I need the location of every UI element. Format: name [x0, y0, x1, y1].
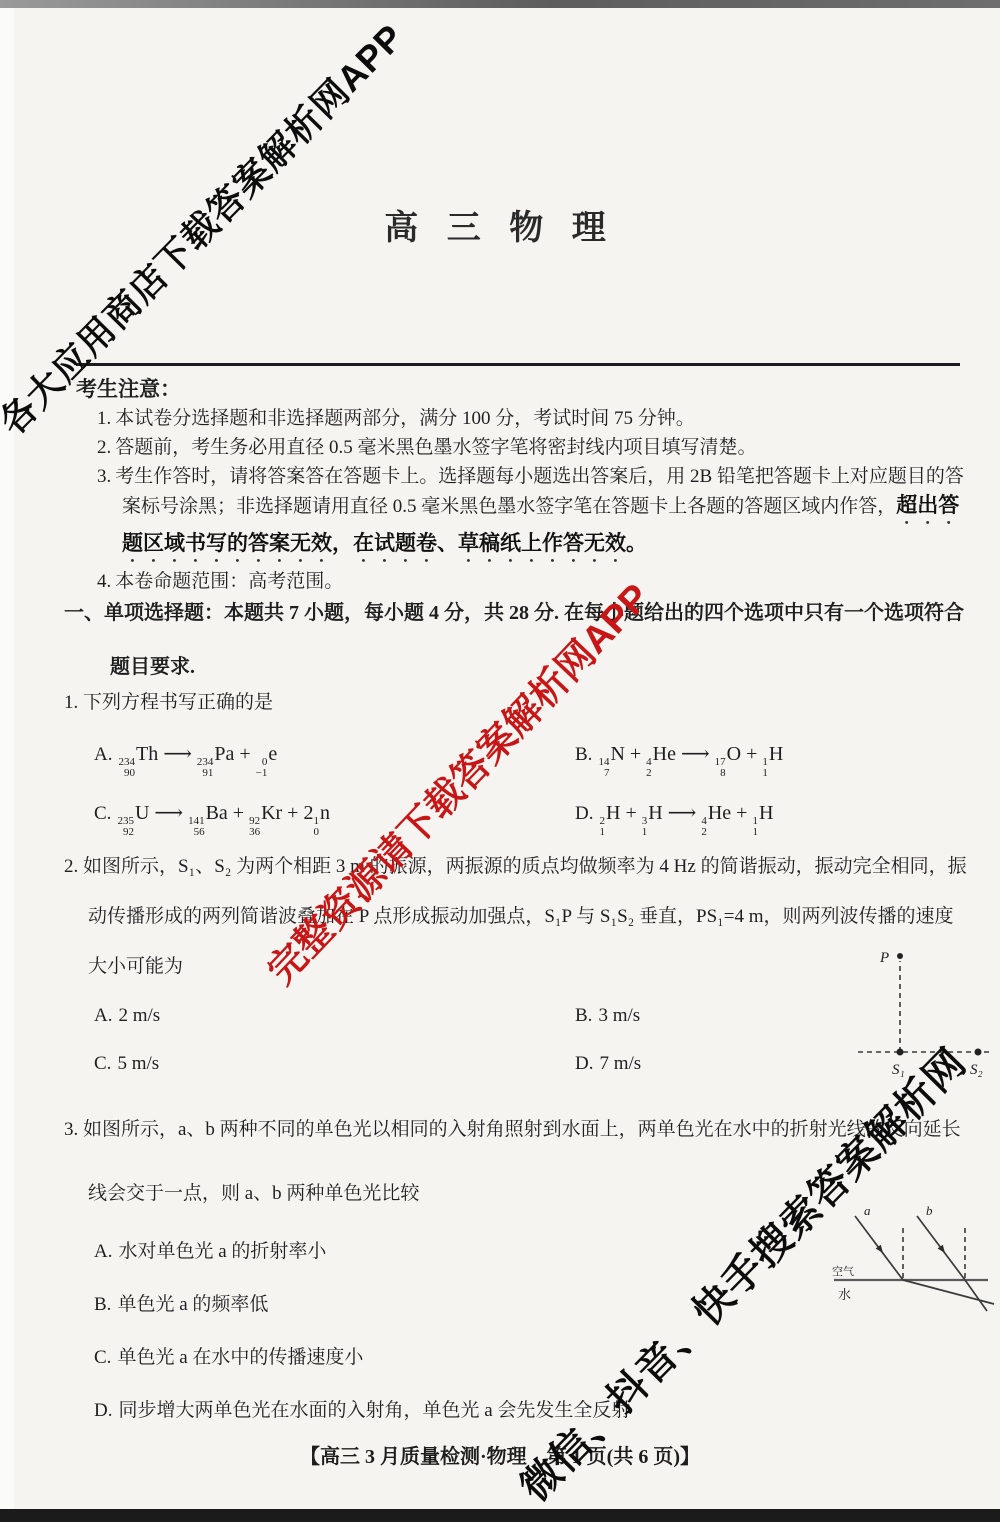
- nuclear-equation-a: 23490Th ⟶ 23491Pa + 0−1e: [118, 743, 277, 765]
- nuclear-equation-d: 21H + 31H ⟶ 42He + 11H: [599, 802, 773, 824]
- nuclear-equation-c: 23592U ⟶ 14156Ba + 9236Kr + 210n: [117, 802, 330, 824]
- option-label: C.: [94, 803, 111, 824]
- section-header: 一、单项选择题：本题共 7 小题，每小题 4 分，共 28 分. 在每小题给出的…: [64, 586, 976, 694]
- option-label: A.: [94, 744, 112, 765]
- refracted-ray-b: [965, 1280, 987, 1311]
- option-label: C.: [94, 1053, 111, 1074]
- notice-item-number: 2.: [97, 437, 111, 458]
- option-text: 单色光 a 的频率低: [117, 1294, 268, 1315]
- scan-edge-top: [0, 0, 1000, 8]
- label-water: 水: [838, 1287, 851, 1302]
- q1-option-b: B.147N + 42He ⟶ 178O + 11H: [575, 742, 964, 779]
- option-label: D.: [575, 1053, 593, 1074]
- q1-option-c: C.23592U ⟶ 14156Ba + 9236Kr + 210n: [94, 801, 575, 838]
- option-text: 水对单色光 a 的折射率小: [118, 1241, 326, 1262]
- label-air: 空气: [832, 1264, 854, 1278]
- option-text: 5 m/s: [117, 1053, 159, 1074]
- page-title: 高 三 物 理: [0, 200, 1000, 249]
- option-text: 单色光 a 在水中的传播速度小: [117, 1347, 363, 1368]
- option-label: B.: [575, 744, 592, 765]
- nuclear-equation-b: 147N + 42He ⟶ 178O + 11H: [598, 743, 783, 765]
- q3-option-d: D.同步增大两单色光在水面的入射角，单色光 a 会先发生全反射: [94, 1399, 964, 1423]
- notice-item-3: 3.考生作答时，请将答案答在答题卡上。选择题每小题选出答案后，用 2B 铅笔把答…: [76, 462, 966, 567]
- notice-item-number: 1.: [97, 408, 111, 429]
- exam-page-scan: 高 三 物 理 考生注意： 1.本试卷分选择题和非选择题两部分，满分 100 分…: [0, 0, 1000, 1522]
- q3-figure-refraction: a b 空气 水: [828, 1203, 1000, 1321]
- label-ray-a: a: [864, 1203, 871, 1218]
- question-number: 2.: [64, 856, 78, 877]
- label-ray-b: b: [926, 1203, 933, 1218]
- option-label: B.: [575, 1005, 592, 1026]
- q2-option-a: A.2 m/s: [94, 1004, 575, 1028]
- option-label: A.: [94, 1005, 112, 1026]
- question-number: 3.: [64, 1119, 78, 1140]
- notice-item-2: 2.答题前，考生务必用直径 0.5 毫米黑色墨水签字笔将密封线内项目填写清楚。: [76, 433, 966, 462]
- source-s1-dot: [897, 1049, 904, 1056]
- option-label: D.: [575, 803, 593, 824]
- notice-heading: 考生注意：: [76, 374, 966, 404]
- header-divider: [76, 363, 960, 366]
- label-p: P: [879, 950, 889, 966]
- point-p-dot: [897, 953, 903, 959]
- question-stem-text: 如图所示，S₁、S₂ 为两个相距 3 m 的振源，两振源的质点均做频率为 4 H…: [83, 856, 967, 977]
- option-text: 7 m/s: [599, 1053, 641, 1074]
- question-2: 2. 如图所示，S₁、S₂ 为两个相距 3 m 的振源，两振源的质点均做频率为 …: [64, 842, 964, 1076]
- notice-section: 考生注意： 1.本试卷分选择题和非选择题两部分，满分 100 分，考试时间 75…: [76, 374, 966, 596]
- q3-figure-svg: a b 空气 水: [828, 1203, 1000, 1321]
- option-label: D.: [94, 1400, 112, 1421]
- question-2-stem: 2. 如图所示，S₁、S₂ 为两个相距 3 m 的振源，两振源的质点均做频率为 …: [64, 842, 968, 992]
- notice-item-number: 3.: [97, 466, 111, 487]
- scan-edge-bottom: [0, 1509, 1000, 1522]
- option-label: C.: [94, 1347, 111, 1368]
- page-footer: 【高三 3 月质量检测·物理 第 1 页(共 6 页)】: [0, 1440, 1000, 1469]
- option-text: 同步增大两单色光在水面的入射角，单色光 a 会先发生全反射: [118, 1400, 630, 1421]
- q3-option-c: C.单色光 a 在水中的传播速度小: [94, 1346, 964, 1370]
- notice-item-text: 答题前，考生务必用直径 0.5 毫米黑色墨水签字笔将密封线内项目填写清楚。: [115, 437, 756, 458]
- q1-option-d: D.21H + 31H ⟶ 42He + 11H: [575, 801, 964, 838]
- q2-option-c: C.5 m/s: [94, 1052, 575, 1076]
- question-number: 1.: [64, 692, 78, 713]
- notice-item-text: 本试卷分选择题和非选择题两部分，满分 100 分，考试时间 75 分钟。: [115, 408, 695, 429]
- question-stem-text: 下列方程书写正确的是: [83, 692, 273, 713]
- option-label: B.: [94, 1294, 111, 1315]
- source-s2-dot: [975, 1049, 982, 1056]
- notice-item-1: 1.本试卷分选择题和非选择题两部分，满分 100 分，考试时间 75 分钟。: [76, 404, 966, 433]
- option-text: 2 m/s: [118, 1005, 160, 1026]
- option-text: 3 m/s: [598, 1005, 640, 1026]
- question-2-options: A.2 m/s B.3 m/s C.5 m/s D.7 m/s: [64, 1004, 964, 1076]
- notice-item-text: 考生作答时，请将答案答在答题卡上。选择题每小题选出答案后，用 2B 铅笔把答题卡…: [115, 466, 964, 517]
- option-label: A.: [94, 1241, 112, 1262]
